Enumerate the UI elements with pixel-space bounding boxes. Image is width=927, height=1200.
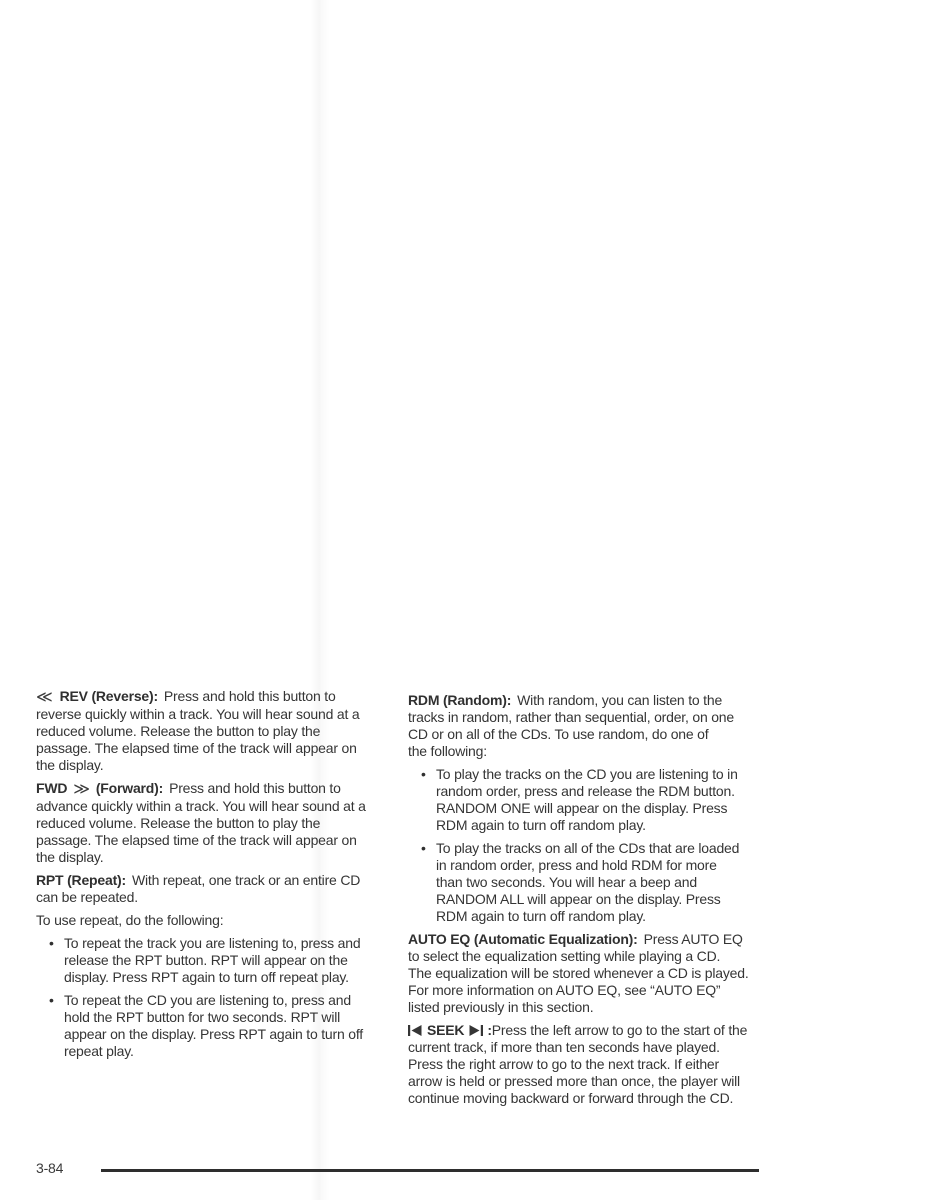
rdm-paragraph: RDM (Random):With random, you can listen… (408, 692, 764, 760)
bullet-icon: • (36, 992, 64, 1060)
random-bullet-1-text: To play the tracks on the CD you are lis… (436, 766, 738, 834)
fwd-double-chevron-icon: ≫ (73, 781, 90, 798)
list-item: •To repeat the CD you are listening to, … (36, 992, 388, 1060)
rev-double-chevron-icon: ≪ (36, 689, 53, 706)
auto-eq-paragraph: AUTO EQ (Automatic Equalization):Press A… (408, 931, 764, 1016)
left-column: ≪REV (Reverse):Press and hold this butto… (36, 688, 388, 1066)
fwd-heading-post: (Forward): (96, 780, 163, 796)
manual-page: ≪REV (Reverse):Press and hold this butto… (0, 0, 927, 1200)
repeat-bullet-2-text: To repeat the CD you are listening to, p… (64, 992, 363, 1060)
page-number: 3-84 (36, 1160, 63, 1176)
list-item: •To play the tracks on all of the CDs th… (408, 840, 764, 925)
footer-rule (101, 1169, 759, 1172)
seek-paragraph: SEEK:Press the left arrow to go to the s… (408, 1022, 764, 1107)
list-item: •To play the tracks on the CD you are li… (408, 766, 764, 834)
seek-back-icon (408, 1025, 422, 1036)
fwd-paragraph: FWD≫(Forward):Press and hold this button… (36, 780, 388, 866)
random-bullet-2-text: To play the tracks on all of the CDs tha… (436, 840, 739, 925)
rdm-heading: RDM (Random): (408, 692, 511, 708)
repeat-bullet-list: •To repeat the track you are listening t… (36, 935, 388, 1060)
auto-eq-heading: AUTO EQ (Automatic Equalization): (408, 931, 638, 947)
rev-heading: REV (Reverse): (60, 688, 158, 704)
bullet-icon: • (36, 935, 64, 986)
fwd-heading-pre: FWD (36, 780, 67, 796)
list-item: •To repeat the track you are listening t… (36, 935, 388, 986)
right-column: RDM (Random):With random, you can listen… (408, 692, 764, 1113)
seek-forward-icon (469, 1025, 483, 1036)
bullet-icon: • (408, 840, 436, 925)
repeat-intro-text: To use repeat, do the following: (36, 912, 223, 928)
repeat-bullet-1-text: To repeat the track you are listening to… (64, 935, 360, 986)
repeat-intro: To use repeat, do the following: (36, 912, 388, 929)
bullet-icon: • (408, 766, 436, 834)
rev-paragraph: ≪REV (Reverse):Press and hold this butto… (36, 688, 388, 774)
rpt-paragraph: RPT (Repeat):With repeat, one track or a… (36, 872, 388, 906)
random-bullet-list: •To play the tracks on the CD you are li… (408, 766, 764, 925)
seek-heading: SEEK (427, 1022, 464, 1038)
rpt-heading: RPT (Repeat): (36, 872, 126, 888)
